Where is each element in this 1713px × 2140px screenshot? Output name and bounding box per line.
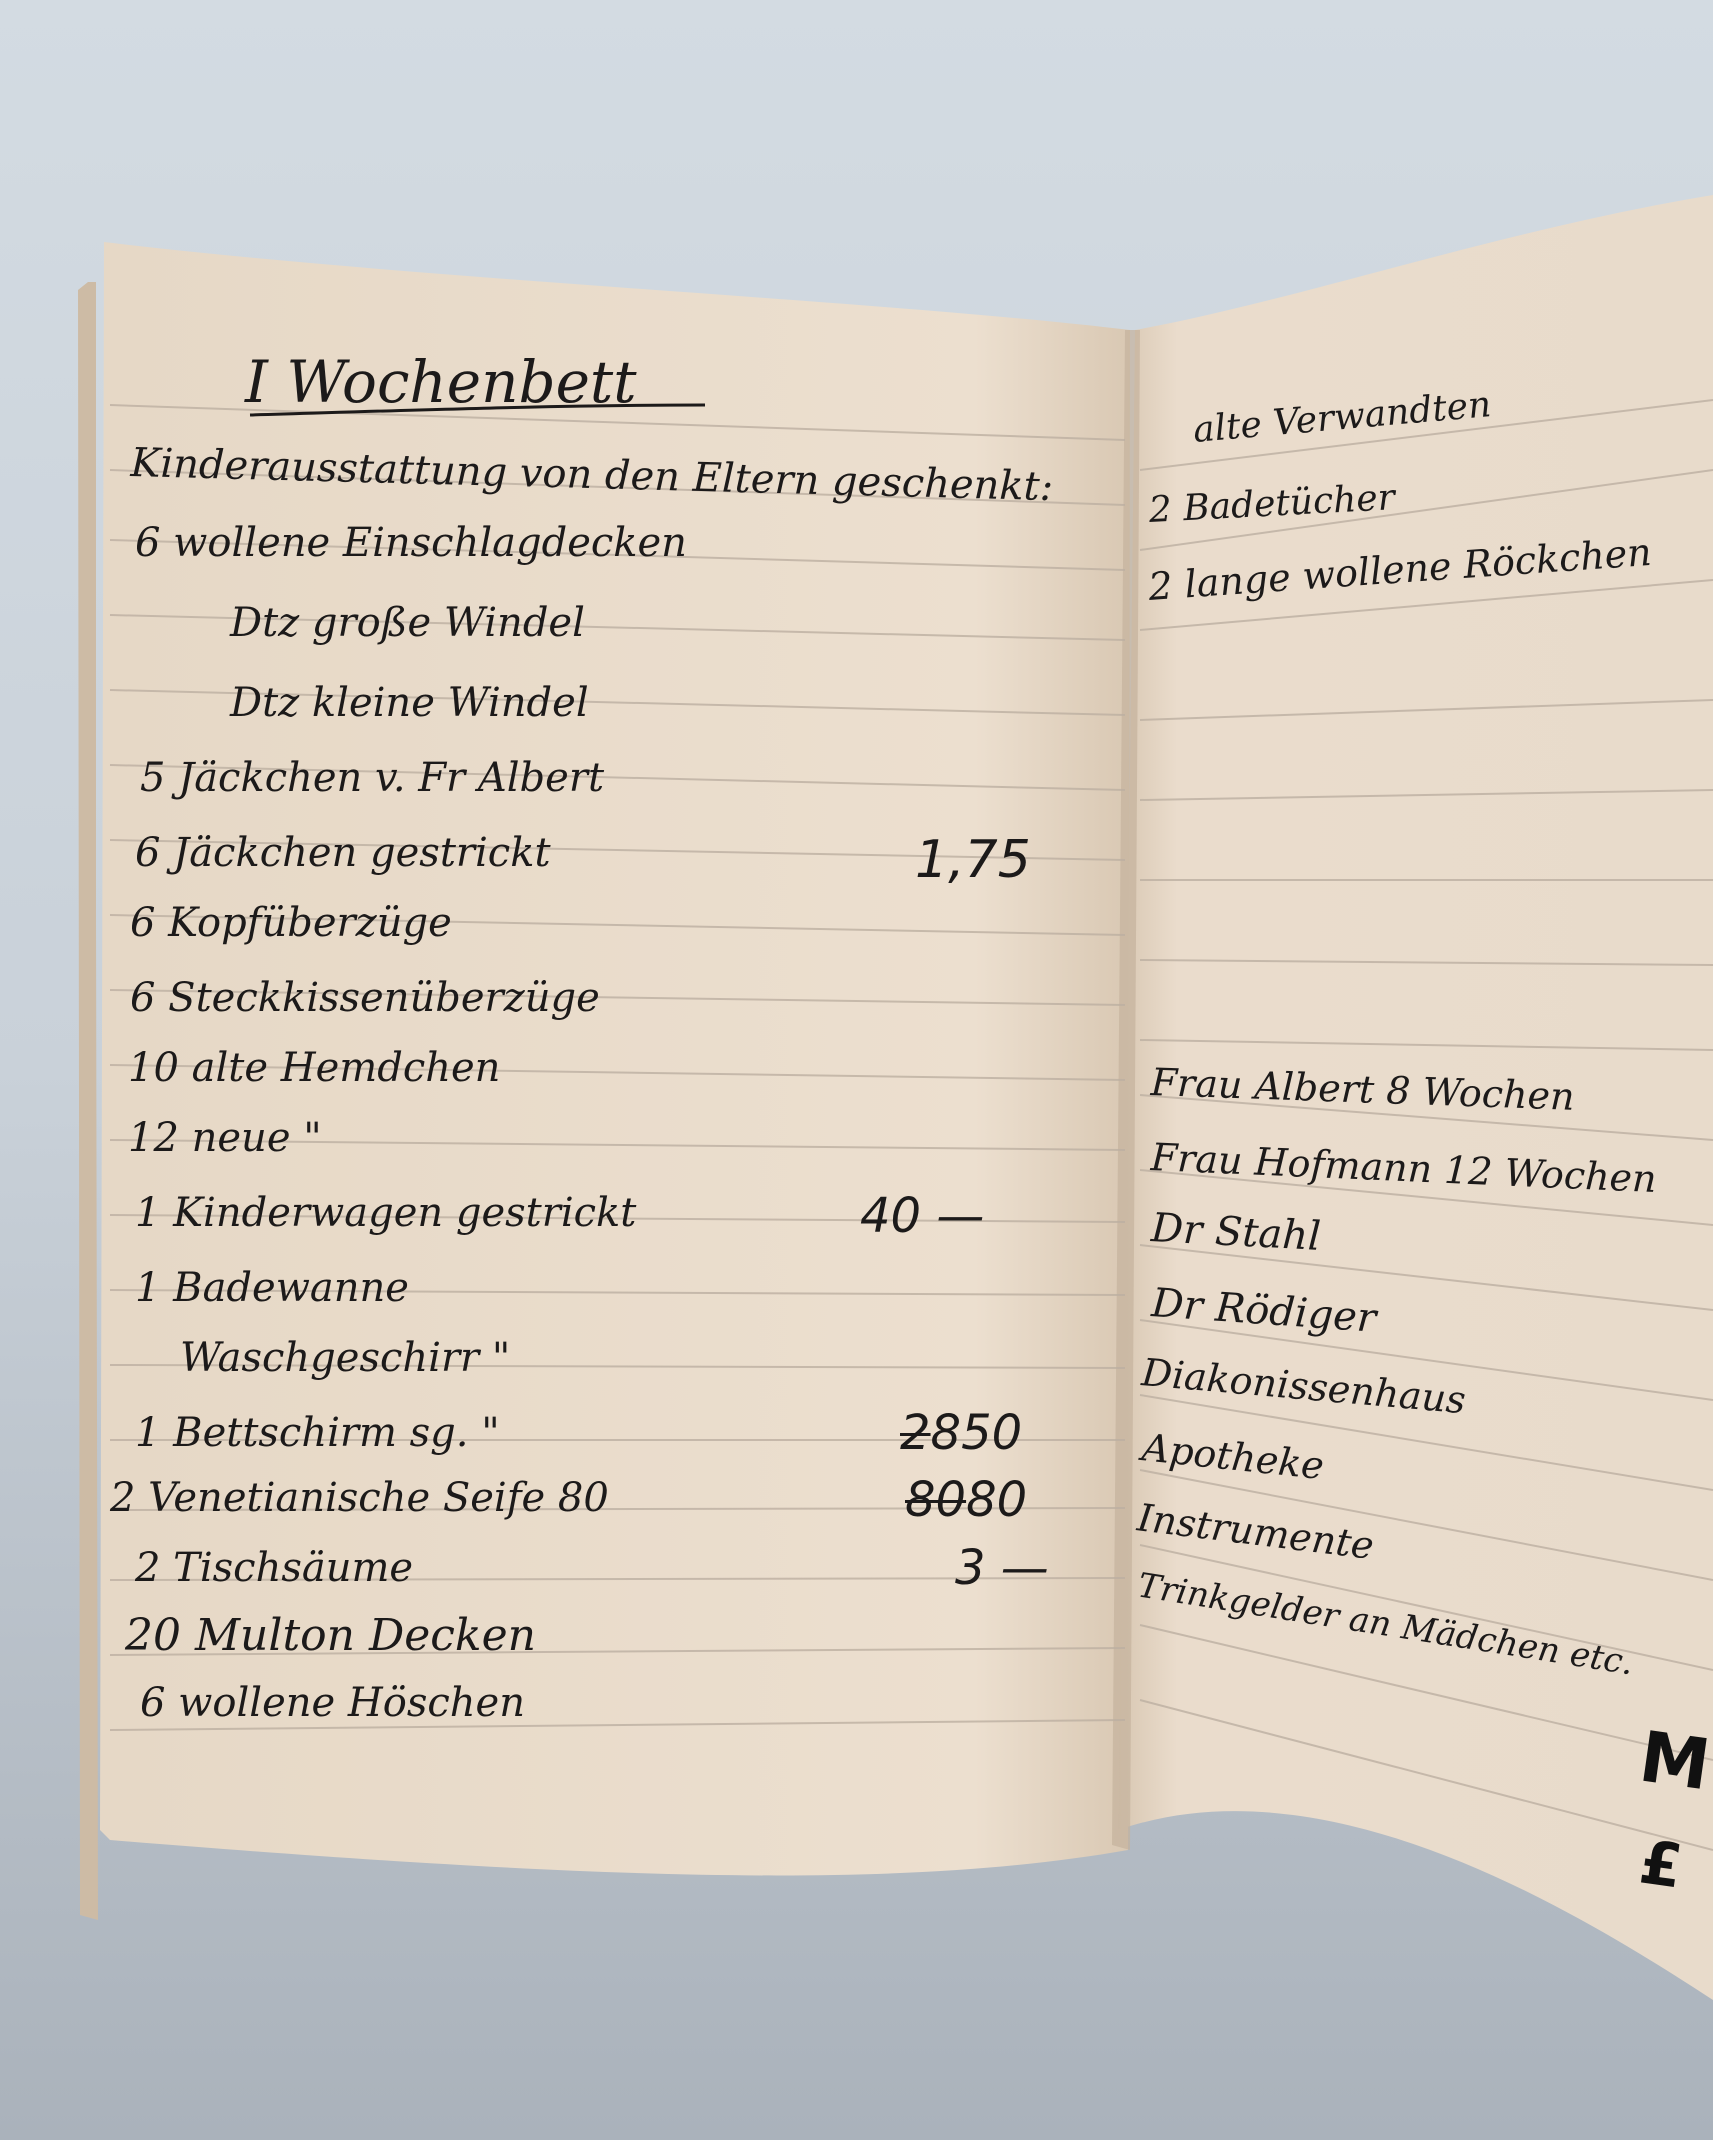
- amount: 8080: [905, 1472, 1027, 1528]
- list-item: 6 Jäckchen gestrickt: [135, 830, 551, 876]
- list-item: 5 Jäckchen v. Fr Albert: [140, 755, 604, 801]
- amount: 40 —: [860, 1188, 984, 1244]
- page-stack-edge: [78, 282, 98, 1920]
- amount: 2850: [900, 1405, 1022, 1461]
- list-item: 20 Multon Decken: [125, 1610, 536, 1661]
- list-item: Dr Stahl: [1150, 1205, 1322, 1260]
- list-item: 1 Kinderwagen gestrickt: [135, 1190, 636, 1236]
- list-item: Dtz große Windel: [230, 600, 585, 646]
- amount: 3 —: [955, 1540, 1049, 1596]
- list-item: 1 Bettschirm sg. ": [135, 1410, 500, 1456]
- list-item: 1 Badewanne: [135, 1265, 409, 1311]
- list-item: 6 wollene Einschlagdecken: [135, 520, 687, 566]
- list-item: 6 wollene Höschen: [140, 1680, 525, 1726]
- amount: 1,75: [915, 830, 1031, 890]
- list-item: 2 Venetianische Seife 80: [110, 1475, 609, 1521]
- list-item: 6 Kopfüberzüge: [130, 900, 452, 946]
- scribbled-mark: M: [1635, 1716, 1713, 1807]
- list-item: 2 Tischsäume: [135, 1545, 413, 1591]
- list-item: Dtz kleine Windel: [230, 680, 589, 726]
- page-title: I Wochenbett: [245, 348, 637, 416]
- list-item: Waschgeschirr ": [180, 1335, 510, 1381]
- list-item: 12 neue ": [128, 1115, 322, 1161]
- list-item: 6 Steckkissenüberzüge: [130, 975, 600, 1021]
- list-item: 10 alte Hemdchen: [128, 1045, 500, 1091]
